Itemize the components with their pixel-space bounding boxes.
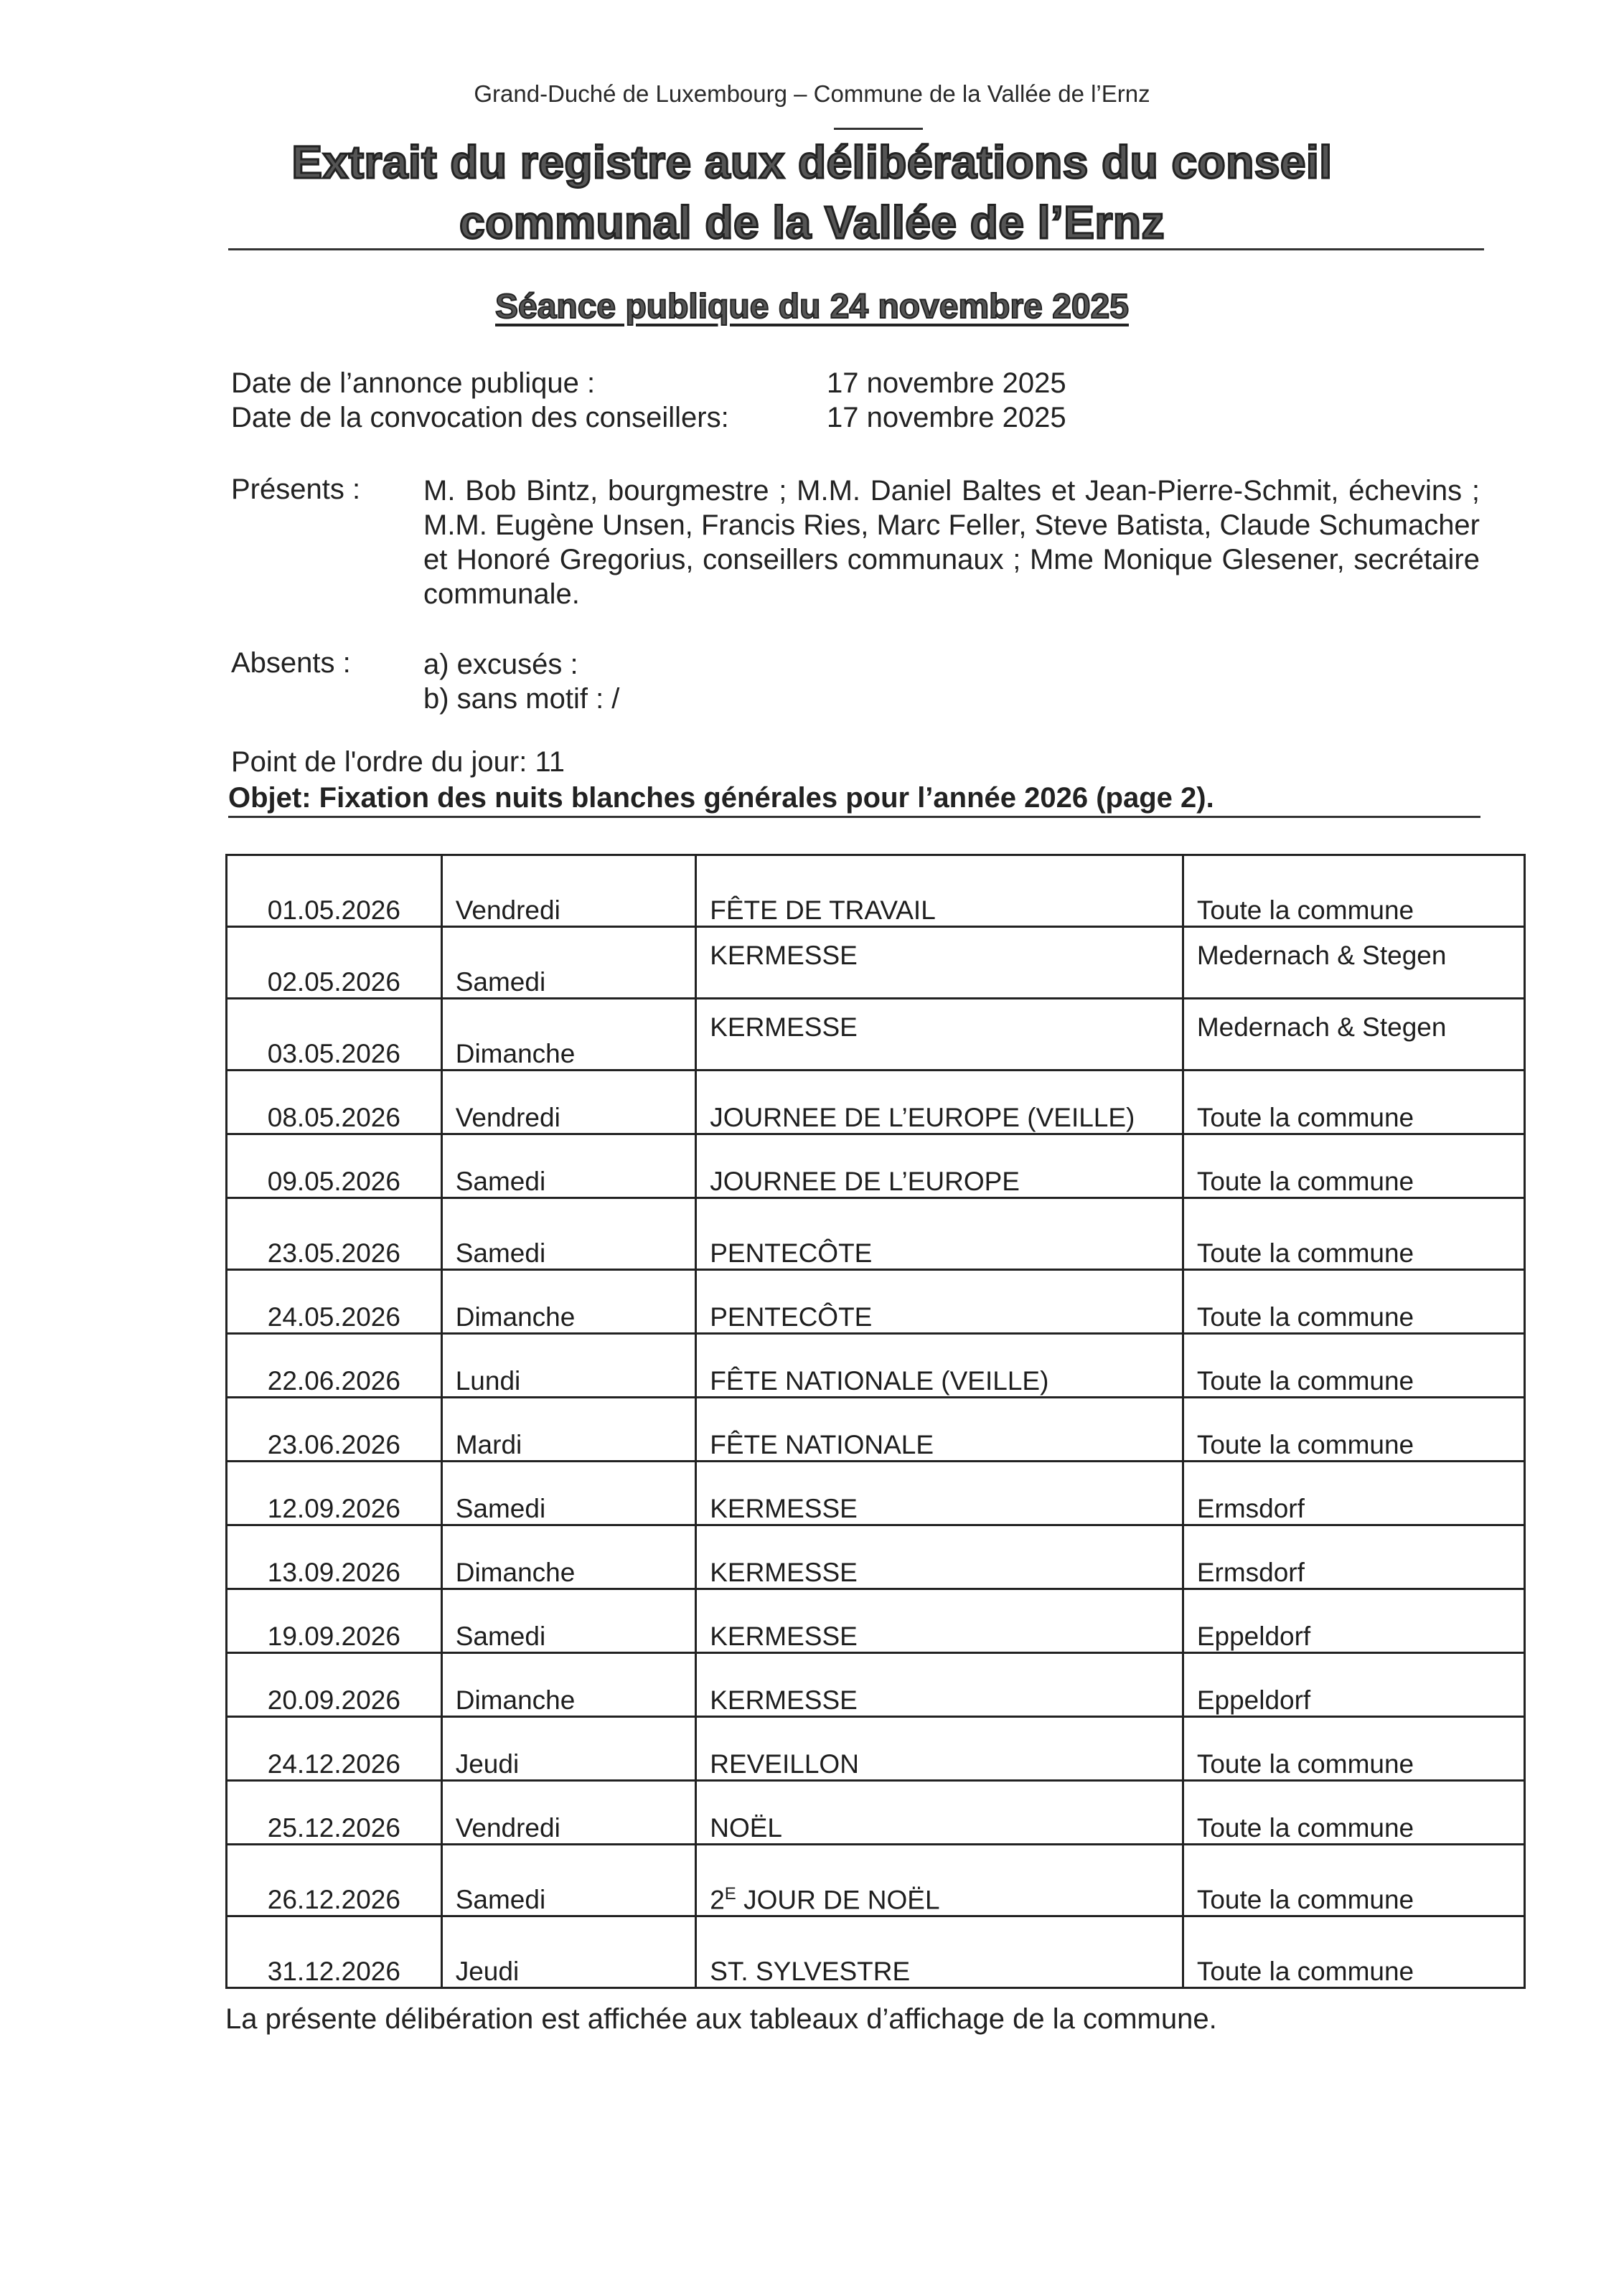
table-row: 22.06.2026LundiFÊTE NATIONALE (VEILLE)To… xyxy=(227,1334,1525,1398)
cell-scope: Eppeldorf xyxy=(1183,1653,1524,1717)
cell-event: KERMESSE xyxy=(696,1525,1183,1589)
document-header-line: Grand-Duché de Luxembourg – Commune de l… xyxy=(0,80,1624,108)
cell-day: Jeudi xyxy=(441,1916,695,1988)
cell-date: 26.12.2026 xyxy=(227,1845,442,1916)
cell-day: Samedi xyxy=(441,1462,695,1525)
presents-label: Présents : xyxy=(231,474,423,611)
cell-scope: Ermsdorf xyxy=(1183,1525,1524,1589)
cell-scope: Medernach & Stegen xyxy=(1183,999,1524,1071)
cell-event: KERMESSE xyxy=(696,999,1183,1071)
nuits-blanches-table: 01.05.2026VendrediFÊTE DE TRAVAILToute l… xyxy=(225,854,1526,1989)
convocation-date-value: 17 novembre 2025 xyxy=(827,402,1066,434)
cell-day: Samedi xyxy=(441,1198,695,1270)
table-row: 01.05.2026VendrediFÊTE DE TRAVAILToute l… xyxy=(227,855,1525,927)
cell-scope: Toute la commune xyxy=(1183,1717,1524,1781)
cell-event: PENTECÔTE xyxy=(696,1270,1183,1334)
cell-day: Mardi xyxy=(441,1398,695,1462)
document-title: Extrait du registre aux délibérations du… xyxy=(0,132,1624,253)
cell-date: 23.06.2026 xyxy=(227,1398,442,1462)
table-row: 12.09.2026SamediKERMESSEErmsdorf xyxy=(227,1462,1525,1525)
header-divider xyxy=(834,128,923,130)
table-row: 26.12.2026Samedi2E JOUR DE NOËLToute la … xyxy=(227,1845,1525,1916)
announcement-date-label: Date de l’annonce publique : xyxy=(231,367,827,400)
cell-event: KERMESSE xyxy=(696,1589,1183,1653)
table-row: 31.12.2026JeudiST. SYLVESTREToute la com… xyxy=(227,1916,1525,1988)
convocation-date-row: Date de la convocation des conseillers: … xyxy=(231,402,1066,434)
cell-day: Samedi xyxy=(441,927,695,999)
cell-date: 20.09.2026 xyxy=(227,1653,442,1717)
agenda-subject: Objet: Fixation des nuits blanches génér… xyxy=(228,782,1480,818)
table-row: 13.09.2026DimancheKERMESSEErmsdorf xyxy=(227,1525,1525,1589)
cell-day: Dimanche xyxy=(441,999,695,1071)
cell-day: Dimanche xyxy=(441,1270,695,1334)
absents-excused: a) excusés : xyxy=(423,647,619,682)
cell-scope: Toute la commune xyxy=(1183,1334,1524,1398)
cell-event: NOËL xyxy=(696,1781,1183,1845)
cell-scope: Toute la commune xyxy=(1183,1270,1524,1334)
announcement-date-value: 17 novembre 2025 xyxy=(827,367,1066,400)
cell-date: 25.12.2026 xyxy=(227,1781,442,1845)
table-row: 03.05.2026DimancheKERMESSEMedernach & St… xyxy=(227,999,1525,1071)
cell-event: JOURNEE DE L’EUROPE xyxy=(696,1134,1183,1198)
cell-date: 02.05.2026 xyxy=(227,927,442,999)
cell-event: JOURNEE DE L’EUROPE (VEILLE) xyxy=(696,1071,1183,1134)
cell-scope: Toute la commune xyxy=(1183,1071,1524,1134)
cell-date: 01.05.2026 xyxy=(227,855,442,927)
cell-date: 24.05.2026 xyxy=(227,1270,442,1334)
cell-event: ST. SYLVESTRE xyxy=(696,1916,1183,1988)
cell-day: Vendredi xyxy=(441,855,695,927)
convocation-date-label: Date de la convocation des conseillers: xyxy=(231,402,827,434)
absents-section: Absents : a) excusés : b) sans motif : / xyxy=(231,647,619,716)
cell-date: 31.12.2026 xyxy=(227,1916,442,1988)
cell-day: Lundi xyxy=(441,1334,695,1398)
cell-scope: Toute la commune xyxy=(1183,1398,1524,1462)
cell-scope: Toute la commune xyxy=(1183,1198,1524,1270)
absents-label: Absents : xyxy=(231,647,423,716)
table-row: 08.05.2026VendrediJOURNEE DE L’EUROPE (V… xyxy=(227,1071,1525,1134)
presents-list: M. Bob Bintz, bourgmestre ; M.M. Daniel … xyxy=(423,474,1480,611)
cell-day: Vendredi xyxy=(441,1781,695,1845)
table-row: 20.09.2026DimancheKERMESSEEppeldorf xyxy=(227,1653,1525,1717)
cell-date: 23.05.2026 xyxy=(227,1198,442,1270)
cell-date: 19.09.2026 xyxy=(227,1589,442,1653)
title-divider xyxy=(228,248,1484,250)
table-row: 24.12.2026JeudiREVEILLONToute la commune xyxy=(227,1717,1525,1781)
cell-event: KERMESSE xyxy=(696,1462,1183,1525)
table-row: 09.05.2026SamediJOURNEE DE L’EUROPEToute… xyxy=(227,1134,1525,1198)
presents-section: Présents : M. Bob Bintz, bourgmestre ; M… xyxy=(231,474,1480,611)
table-row: 19.09.2026SamediKERMESSEEppeldorf xyxy=(227,1589,1525,1653)
cell-scope: Toute la commune xyxy=(1183,1781,1524,1845)
cell-date: 09.05.2026 xyxy=(227,1134,442,1198)
cell-date: 22.06.2026 xyxy=(227,1334,442,1398)
cell-day: Samedi xyxy=(441,1134,695,1198)
table-row: 02.05.2026SamediKERMESSEMedernach & Steg… xyxy=(227,927,1525,999)
cell-event: FÊTE DE TRAVAIL xyxy=(696,855,1183,927)
cell-day: Dimanche xyxy=(441,1525,695,1589)
announcement-date-row: Date de l’annonce publique : 17 novembre… xyxy=(231,367,1066,400)
cell-date: 03.05.2026 xyxy=(227,999,442,1071)
footer-note: La présente délibération est affichée au… xyxy=(225,2003,1217,2036)
cell-scope: Medernach & Stegen xyxy=(1183,927,1524,999)
table-row: 23.05.2026SamediPENTECÔTEToute la commun… xyxy=(227,1198,1525,1270)
cell-scope: Ermsdorf xyxy=(1183,1462,1524,1525)
cell-event: FÊTE NATIONALE xyxy=(696,1398,1183,1462)
absents-without-reason: b) sans motif : / xyxy=(423,682,619,716)
cell-date: 12.09.2026 xyxy=(227,1462,442,1525)
cell-scope: Eppeldorf xyxy=(1183,1589,1524,1653)
cell-day: Samedi xyxy=(441,1845,695,1916)
cell-scope: Toute la commune xyxy=(1183,1845,1524,1916)
cell-event: PENTECÔTE xyxy=(696,1198,1183,1270)
session-title: Séance publique du 24 novembre 2025 xyxy=(0,287,1624,326)
cell-scope: Toute la commune xyxy=(1183,855,1524,927)
cell-date: 24.12.2026 xyxy=(227,1717,442,1781)
cell-day: Samedi xyxy=(441,1589,695,1653)
cell-date: 13.09.2026 xyxy=(227,1525,442,1589)
title-line-1: Extrait du registre aux délibérations du… xyxy=(0,132,1624,192)
table-row: 24.05.2026DimanchePENTECÔTEToute la comm… xyxy=(227,1270,1525,1334)
cell-event: 2E JOUR DE NOËL xyxy=(696,1845,1183,1916)
title-line-2: communal de la Vallée de l’Ernz xyxy=(0,192,1624,253)
cell-date: 08.05.2026 xyxy=(227,1071,442,1134)
cell-event: REVEILLON xyxy=(696,1717,1183,1781)
table-row: 23.06.2026MardiFÊTE NATIONALEToute la co… xyxy=(227,1398,1525,1462)
cell-scope: Toute la commune xyxy=(1183,1134,1524,1198)
cell-event: FÊTE NATIONALE (VEILLE) xyxy=(696,1334,1183,1398)
cell-day: Vendredi xyxy=(441,1071,695,1134)
table-row: 25.12.2026VendrediNOËLToute la commune xyxy=(227,1781,1525,1845)
agenda-point: Point de l'ordre du jour: 11 xyxy=(231,746,565,778)
cell-scope: Toute la commune xyxy=(1183,1916,1524,1988)
cell-event: KERMESSE xyxy=(696,1653,1183,1717)
cell-event: KERMESSE xyxy=(696,927,1183,999)
cell-day: Dimanche xyxy=(441,1653,695,1717)
cell-day: Jeudi xyxy=(441,1717,695,1781)
